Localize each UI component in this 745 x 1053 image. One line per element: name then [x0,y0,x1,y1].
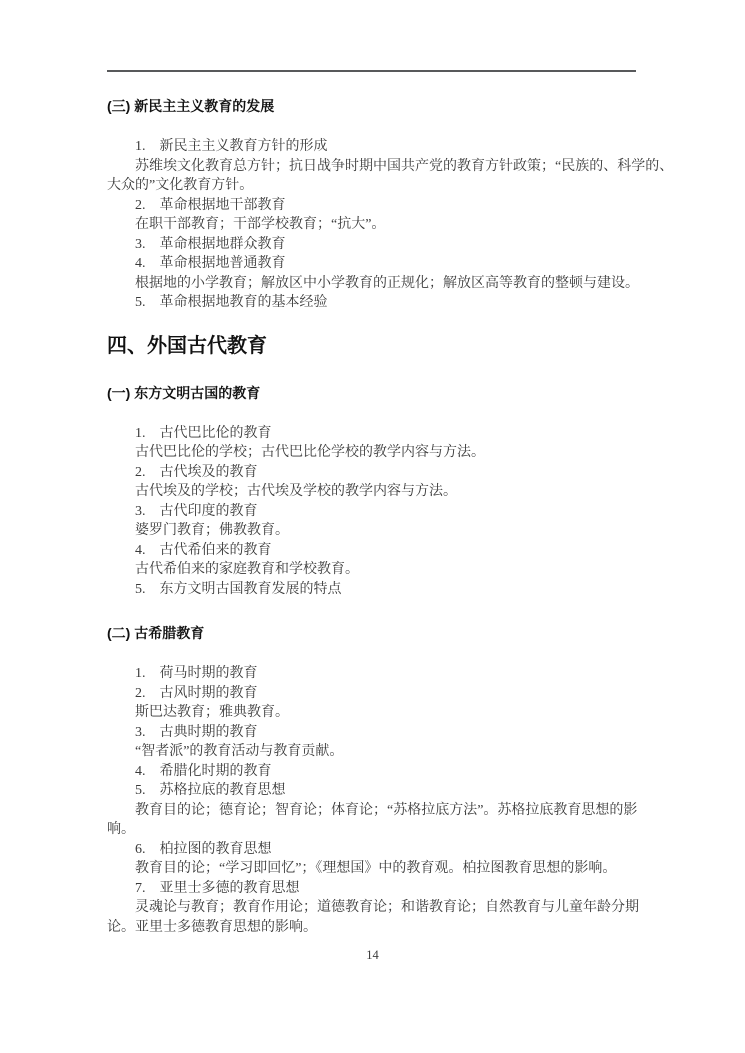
doc-line: 4. 希腊化时期的教育 [107,762,636,782]
doc-line: 在职干部教育；干部学校教育；“抗大”。 [107,215,636,235]
doc-line-continuation: 论。亚里士多德教育思想的影响。 [107,918,636,938]
document-blocks: (三) 新民主主义教育的发展1. 新民主主义教育方针的形成苏维埃文化教育总方针；… [107,96,636,937]
doc-line: 7. 亚里士多德的教育思想 [107,879,636,899]
page-content: (三) 新民主主义教育的发展1. 新民主主义教育方针的形成苏维埃文化教育总方针；… [107,70,636,937]
doc-line: 古代埃及的学校；古代埃及学校的教学内容与方法。 [107,482,636,502]
document-page: (三) 新民主主义教育的发展1. 新民主主义教育方针的形成苏维埃文化教育总方针；… [0,0,745,1053]
doc-line: 苏维埃文化教育总方针；抗日战争时期中国共产党的教育方针政策；“民族的、科学的、 [107,157,636,177]
doc-line: 6. 柏拉图的教育思想 [107,840,636,860]
doc-line: 根据地的小学教育；解放区中小学教育的正规化；解放区高等教育的整顿与建设。 [107,274,636,294]
section-heading: (一) 东方文明古国的教育 [107,383,636,403]
section-heading: (二) 古希腊教育 [107,623,636,643]
doc-line: 2. 革命根据地干部教育 [107,196,636,216]
doc-line: 2. 古风时期的教育 [107,684,636,704]
doc-line: 斯巴达教育；雅典教育。 [107,703,636,723]
chapter-heading: 四、外国古代教育 [107,333,636,359]
doc-line: 婆罗门教育；佛教教育。 [107,521,636,541]
doc-line: 教育目的论；“学习即回忆”；《理想国》中的教育观。柏拉图教育思想的影响。 [107,859,636,879]
header-rule [107,70,636,72]
doc-line: 古代希伯来的家庭教育和学校教育。 [107,560,636,580]
doc-line: 4. 古代希伯来的教育 [107,541,636,561]
doc-line: 5. 革命根据地教育的基本经验 [107,293,636,313]
doc-line: “智者派”的教育活动与教育贡献。 [107,742,636,762]
doc-line: 古代巴比伦的学校；古代巴比伦学校的教学内容与方法。 [107,443,636,463]
section-heading: (三) 新民主主义教育的发展 [107,96,636,116]
doc-line: 3. 古代印度的教育 [107,502,636,522]
doc-line: 教育目的论；德育论；智育论；体育论；“苏格拉底方法”。苏格拉底教育思想的影 [107,801,636,821]
doc-line: 2. 古代埃及的教育 [107,463,636,483]
doc-line: 灵魂论与教育；教育作用论；道德教育论；和谐教育论；自然教育与儿童年龄分期 [107,898,636,918]
doc-line-continuation: 响。 [107,820,636,840]
doc-line: 3. 革命根据地群众教育 [107,235,636,255]
doc-line-continuation: 大众的”文化教育方针。 [107,176,636,196]
doc-line: 4. 革命根据地普通教育 [107,254,636,274]
doc-line: 5. 东方文明古国教育发展的特点 [107,580,636,600]
doc-line: 1. 古代巴比伦的教育 [107,424,636,444]
doc-line: 1. 新民主主义教育方针的形成 [107,137,636,157]
doc-line: 1. 荷马时期的教育 [107,664,636,684]
doc-line: 5. 苏格拉底的教育思想 [107,781,636,801]
doc-line: 3. 古典时期的教育 [107,723,636,743]
page-number: 14 [0,948,745,963]
